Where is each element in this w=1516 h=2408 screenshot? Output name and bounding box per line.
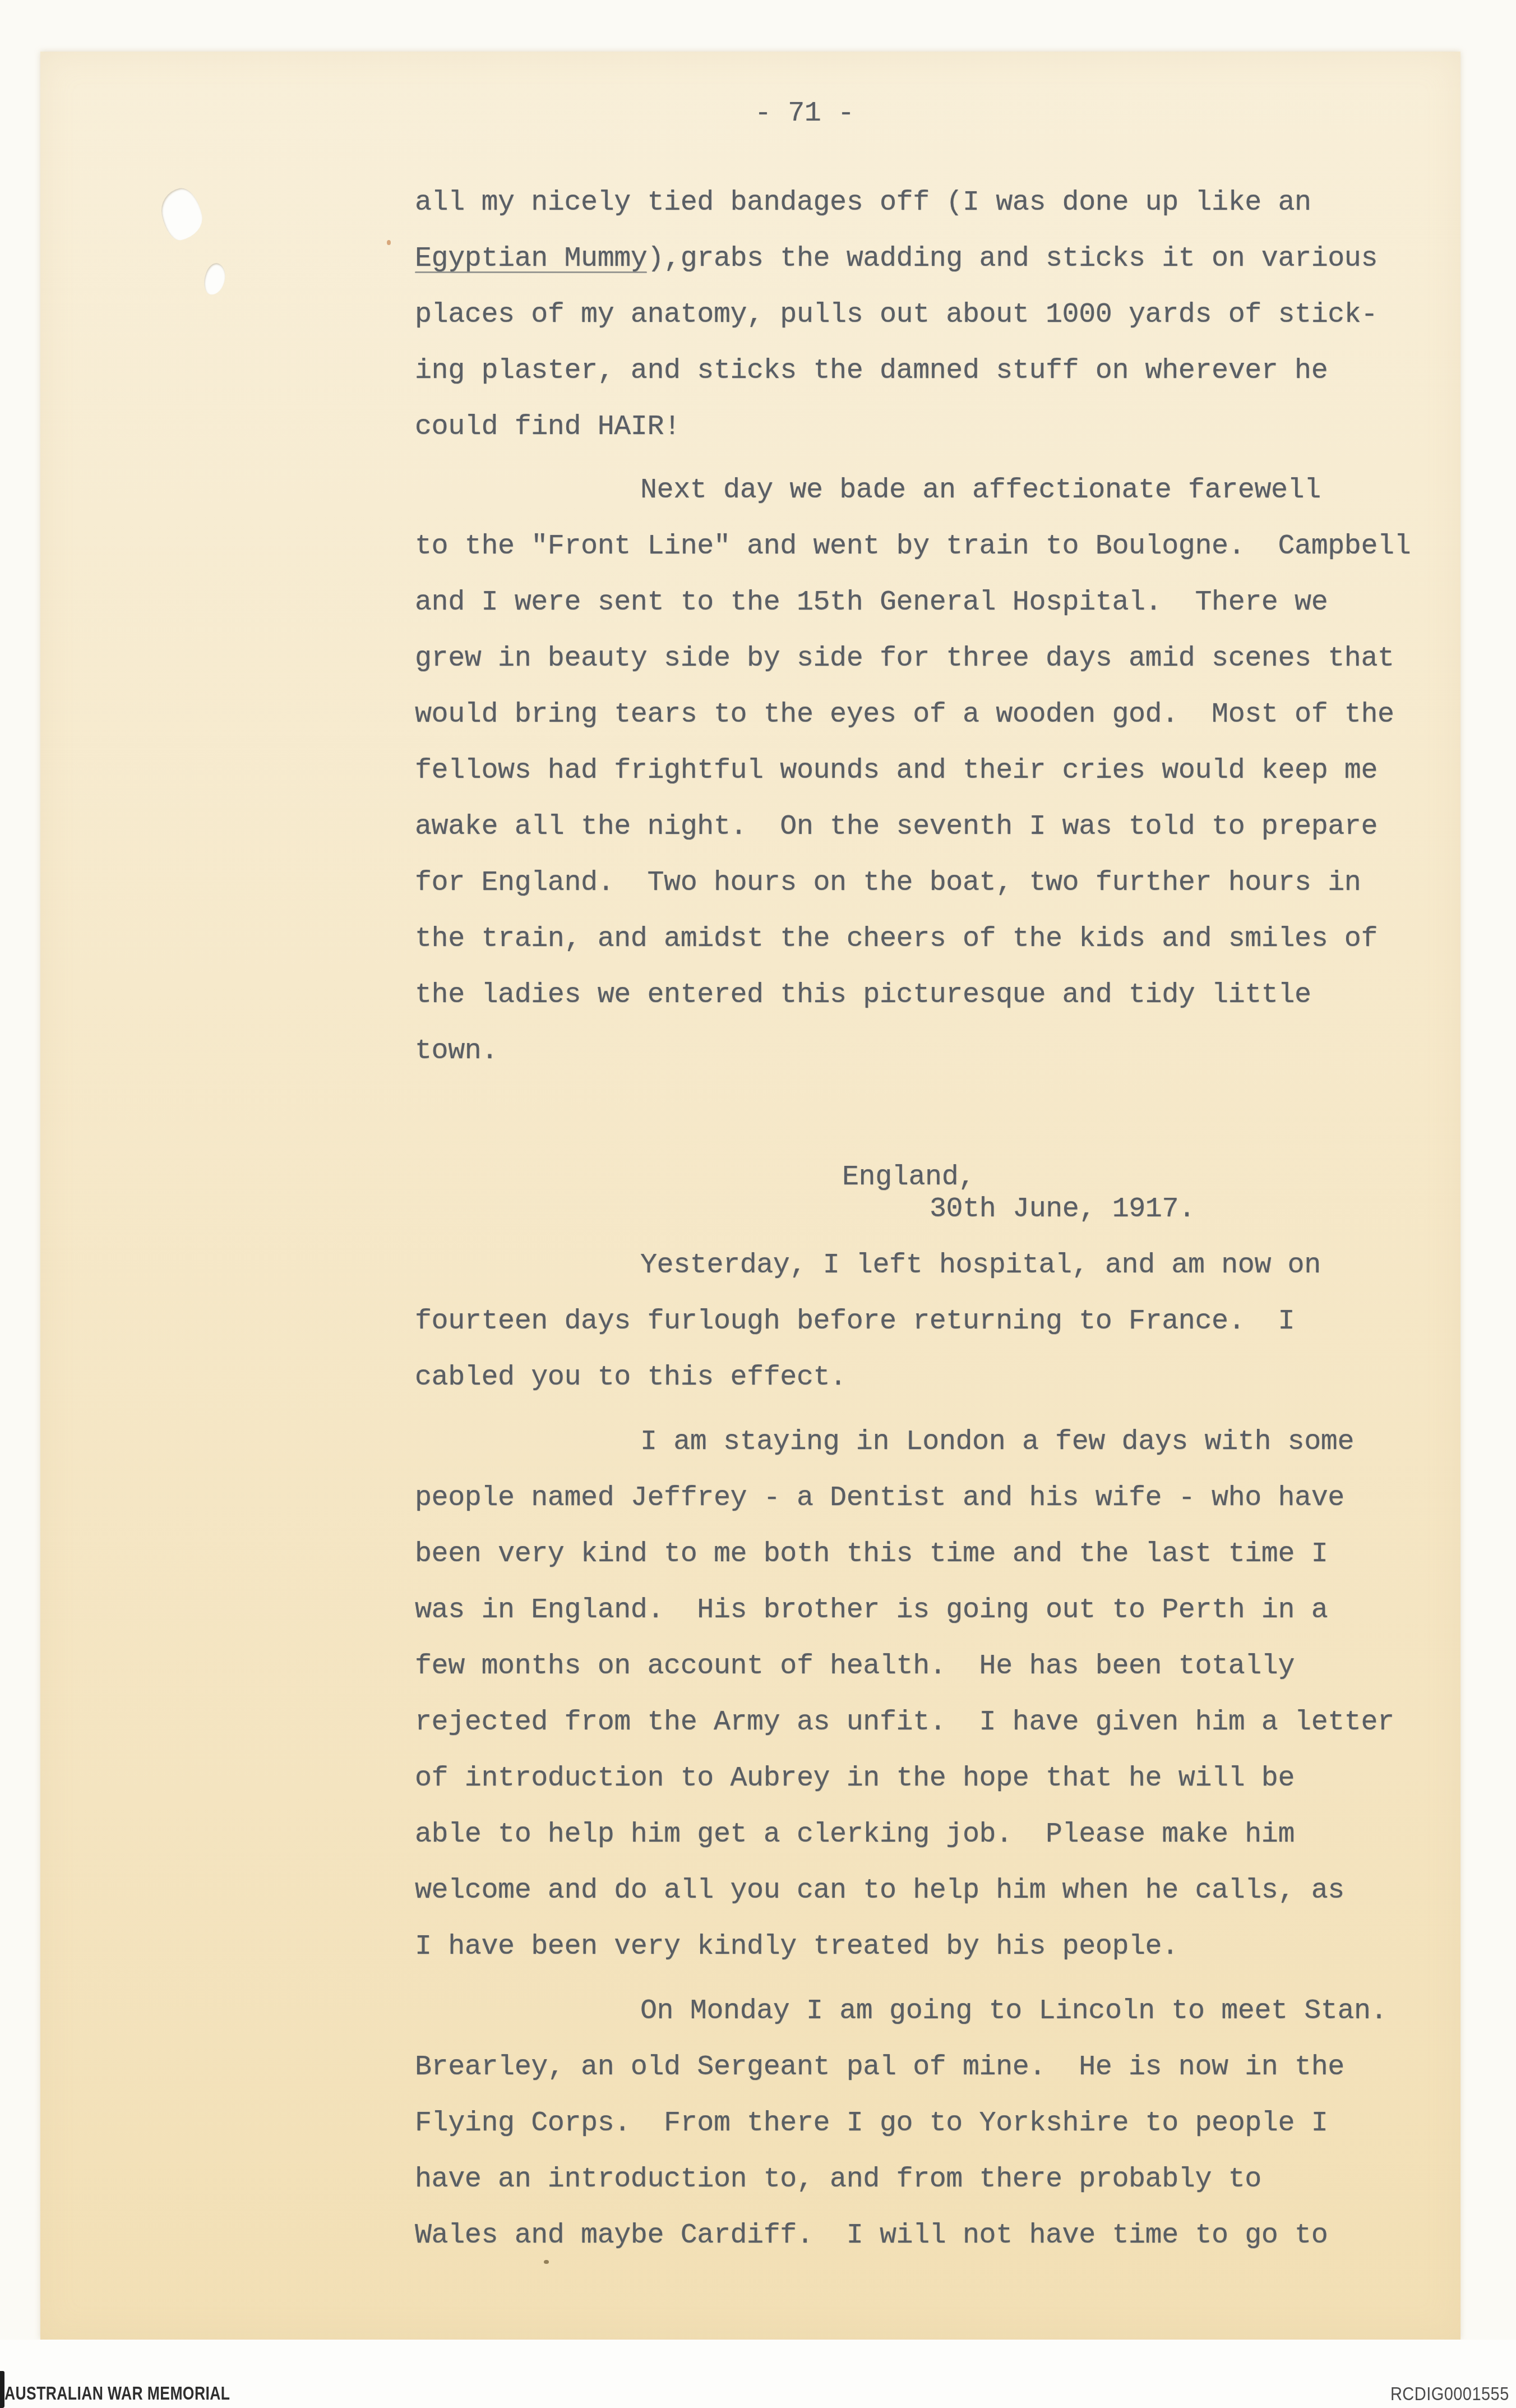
typed-line: Brearley, an old Sergeant pal of mine. H… xyxy=(415,2054,1344,2082)
typed-line: places of my anatomy, pulls out about 10… xyxy=(415,301,1378,329)
typed-line: could find HAIR! xyxy=(415,413,681,441)
scan-canvas: - 71 - all my nicely tied bandages off (… xyxy=(0,0,1516,2408)
typed-underline xyxy=(415,271,647,273)
typed-line: welcome and do all you can to help him w… xyxy=(415,1877,1344,1905)
typed-line: Egyptian Mummy),grabs the wadding and st… xyxy=(415,245,1378,273)
dateline-place: England, xyxy=(842,1164,975,1192)
typed-line: would bring tears to the eyes of a woode… xyxy=(415,701,1394,729)
typed-line: grew in beauty side by side for three da… xyxy=(415,645,1394,673)
typed-line: ing plaster, and sticks the damned stuff… xyxy=(415,357,1328,385)
typed-line: the train, and amidst the cheers of the … xyxy=(415,925,1378,953)
typed-line: and I were sent to the 15th General Hosp… xyxy=(415,589,1328,617)
typed-line: Next day we bade an affectionate farewel… xyxy=(640,477,1321,505)
scan-edge-artifact xyxy=(0,2371,4,2408)
page-number: - 71 - xyxy=(755,100,854,128)
typed-line: of introduction to Aubrey in the hope th… xyxy=(415,1765,1295,1793)
typed-line: town. xyxy=(415,1037,498,1065)
paper-speck xyxy=(544,2260,549,2264)
typed-line: was in England. His brother is going out… xyxy=(415,1597,1328,1625)
paper-hole xyxy=(202,262,227,296)
paper-hole xyxy=(157,185,206,243)
typed-line: have an introduction to, and from there … xyxy=(415,2166,1261,2194)
typed-line: for England. Two hours on the boat, two … xyxy=(415,869,1361,897)
typed-line: Wales and maybe Cardiff. I will not have… xyxy=(415,2222,1328,2250)
typed-line: to the "Front Line" and went by train to… xyxy=(415,533,1411,561)
typed-line: rejected from the Army as unfit. I have … xyxy=(415,1709,1394,1737)
watermark-institution: AUSTRALIAN WAR MEMORIAL xyxy=(4,2383,230,2405)
typed-line: Flying Corps. From there I go to Yorkshi… xyxy=(415,2110,1328,2138)
typed-line: all my nicely tied bandages off (I was d… xyxy=(415,189,1311,217)
typed-line: been very kind to me both this time and … xyxy=(415,1540,1328,1569)
typed-line: awake all the night. On the seventh I wa… xyxy=(415,813,1378,841)
dateline-date: 30th June, 1917. xyxy=(930,1196,1195,1224)
typed-line: cabled you to this effect. xyxy=(415,1364,847,1392)
typed-line: I have been very kindly treated by his p… xyxy=(415,1933,1178,1961)
typed-line: On Monday I am going to Lincoln to meet … xyxy=(640,1998,1387,2026)
typed-line: few months on account of health. He has … xyxy=(415,1653,1295,1681)
typed-line: Yesterday, I left hospital, and am now o… xyxy=(640,1252,1321,1280)
letter-page: - 71 - all my nicely tied bandages off (… xyxy=(40,52,1460,2340)
typed-line: able to help him get a clerking job. Ple… xyxy=(415,1821,1295,1849)
watermark-record-id: RCDIG0001555 xyxy=(1390,2383,1509,2405)
typed-line: fellows had frightful wounds and their c… xyxy=(415,757,1378,785)
typed-line: fourteen days furlough before returning … xyxy=(415,1308,1295,1336)
typed-line: I am staying in London a few days with s… xyxy=(640,1428,1354,1456)
typed-line: people named Jeffrey - a Dentist and his… xyxy=(415,1484,1344,1512)
typed-line: the ladies we entered this picturesque a… xyxy=(415,981,1311,1009)
paper-speck xyxy=(387,240,391,245)
